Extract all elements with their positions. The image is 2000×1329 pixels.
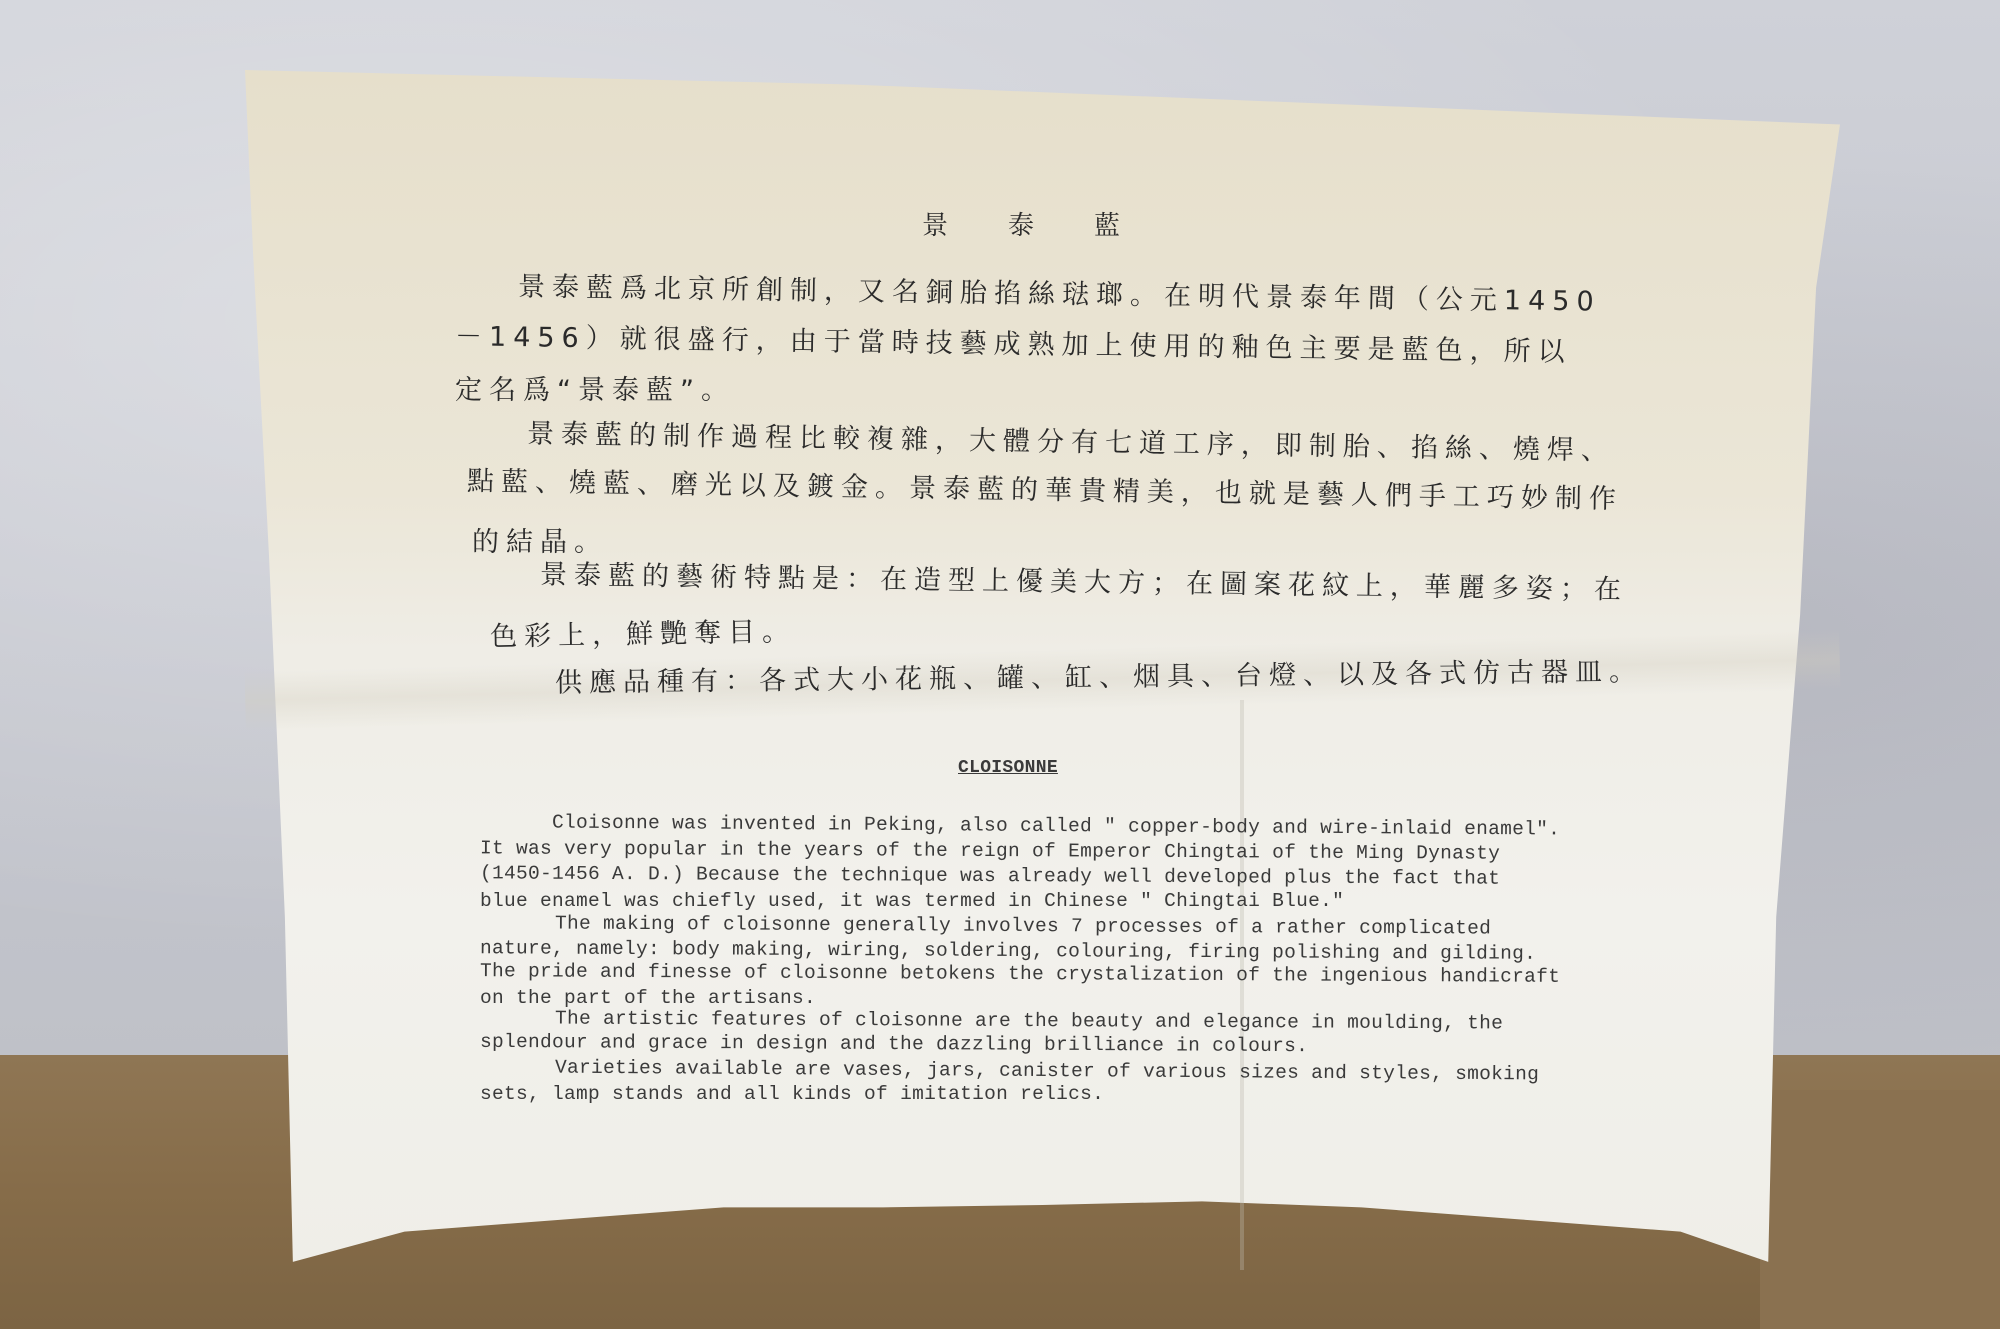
english-line: on the part of the artisans. (480, 987, 816, 1009)
english-title: CLOISONNE (958, 758, 1058, 778)
chinese-line: 色彩上，鮮艷奪目。 (490, 609, 797, 653)
english-line: sets, lamp stands and all kinds of imita… (480, 1083, 1104, 1105)
chinese-line: 定名爲“景泰藍”。 (455, 368, 735, 407)
english-line: splendour and grace in design and the da… (480, 1031, 1308, 1057)
table-surface-right (1760, 1090, 2000, 1329)
chinese-title: 景泰藍 (922, 205, 1180, 242)
english-line: blue enamel was chiefly used, it was ter… (480, 890, 1344, 912)
